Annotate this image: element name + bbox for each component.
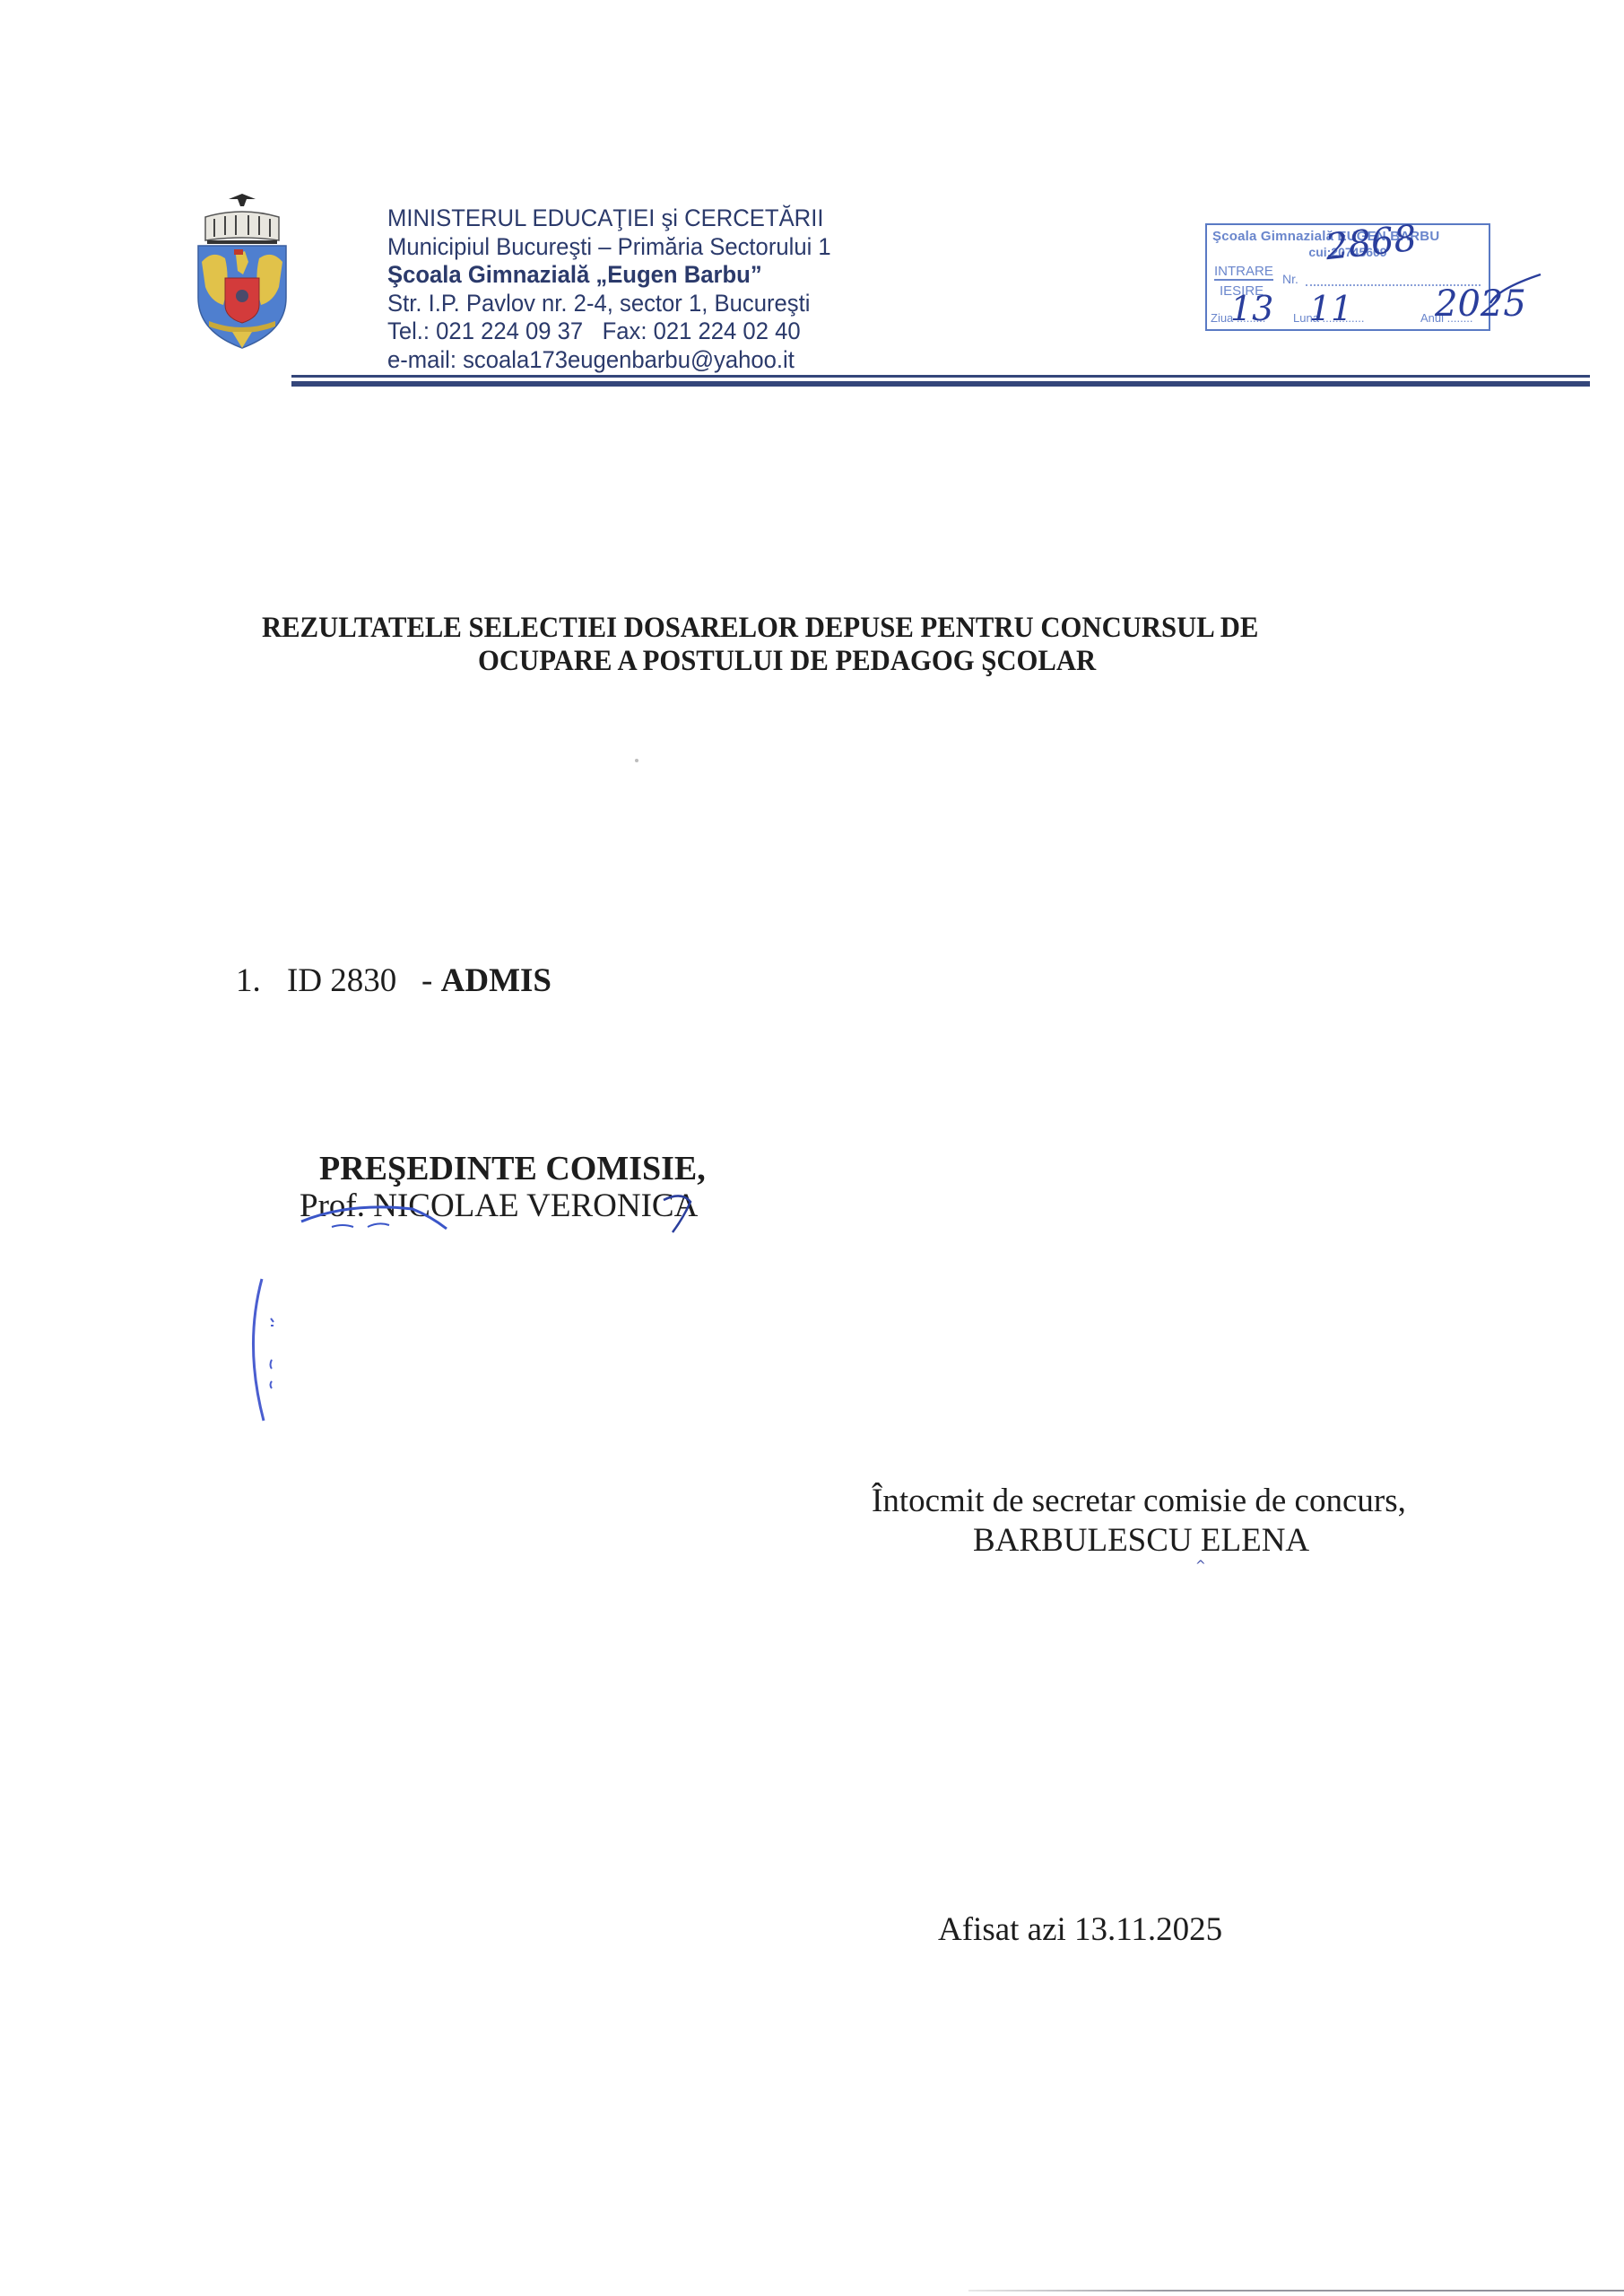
result-separator: -	[396, 962, 440, 999]
result-item: 1.ID 2830 - ADMIS	[236, 961, 551, 1000]
letterhead: MINISTERUL EDUCAŢIEI şi CERCETĂRII Munic…	[387, 204, 831, 374]
school-name: Şcoala Gimnazială „Eugen Barbu”	[387, 261, 831, 290]
stamp-intrare-label: INTRARE	[1214, 265, 1273, 281]
candidate-id: ID 2830	[287, 962, 396, 999]
secretary-role: Întocmit de secretar comisie de concurs,	[872, 1482, 1406, 1521]
pen-stroke-icon	[1489, 271, 1542, 307]
handwritten-month: 11	[1309, 289, 1352, 328]
phone-fax: Tel.: 021 224 09 37 Fax: 021 224 02 40	[387, 317, 831, 346]
secretary-signature-block: Întocmit de secretar comisie de concurs,…	[872, 1482, 1406, 1561]
scan-edge-line	[968, 2290, 1624, 2292]
handwritten-day: 13	[1230, 289, 1273, 328]
municipality-line: Municipiul Bucureşti – Primăria Sectorul…	[387, 233, 831, 262]
signature-icon	[296, 1182, 744, 1236]
result-number: 1.	[236, 961, 287, 1000]
ink-mark-icon: ^	[1195, 1559, 1206, 1573]
header-double-rule	[291, 375, 1590, 389]
title-line-1: REZULTATELE SELECTIEI DOSARELOR DEPUSE P…	[262, 612, 1258, 645]
ministry-name: MINISTERUL EDUCAŢIEI şi CERCETĂRII	[387, 204, 831, 233]
posted-date: Afisat azi 13.11.2025	[938, 1910, 1222, 1949]
document-page: MINISTERUL EDUCAŢIEI şi CERCETĂRII Munic…	[0, 0, 1624, 2296]
result-status: ADMIS	[441, 962, 551, 999]
scan-speck	[635, 759, 638, 762]
title-line-2: OCUPARE A POSTULUI DE PEDAGOG ŞCOLAR	[478, 645, 1096, 678]
results-list: 1.ID 2830 - ADMIS	[236, 884, 551, 1077]
school-address: Str. I.P. Pavlov nr. 2-4, sector 1, Bucu…	[387, 290, 831, 318]
secretary-name: BARBULESCU ELENA	[973, 1521, 1406, 1561]
school-email: e-mail: scoala173eugenbarbu@yahoo.it	[387, 346, 831, 375]
stamp-nr-label: Nr.	[1282, 272, 1298, 286]
official-stamp-arc-icon	[242, 1274, 287, 1426]
coat-of-arms-icon	[193, 190, 291, 352]
